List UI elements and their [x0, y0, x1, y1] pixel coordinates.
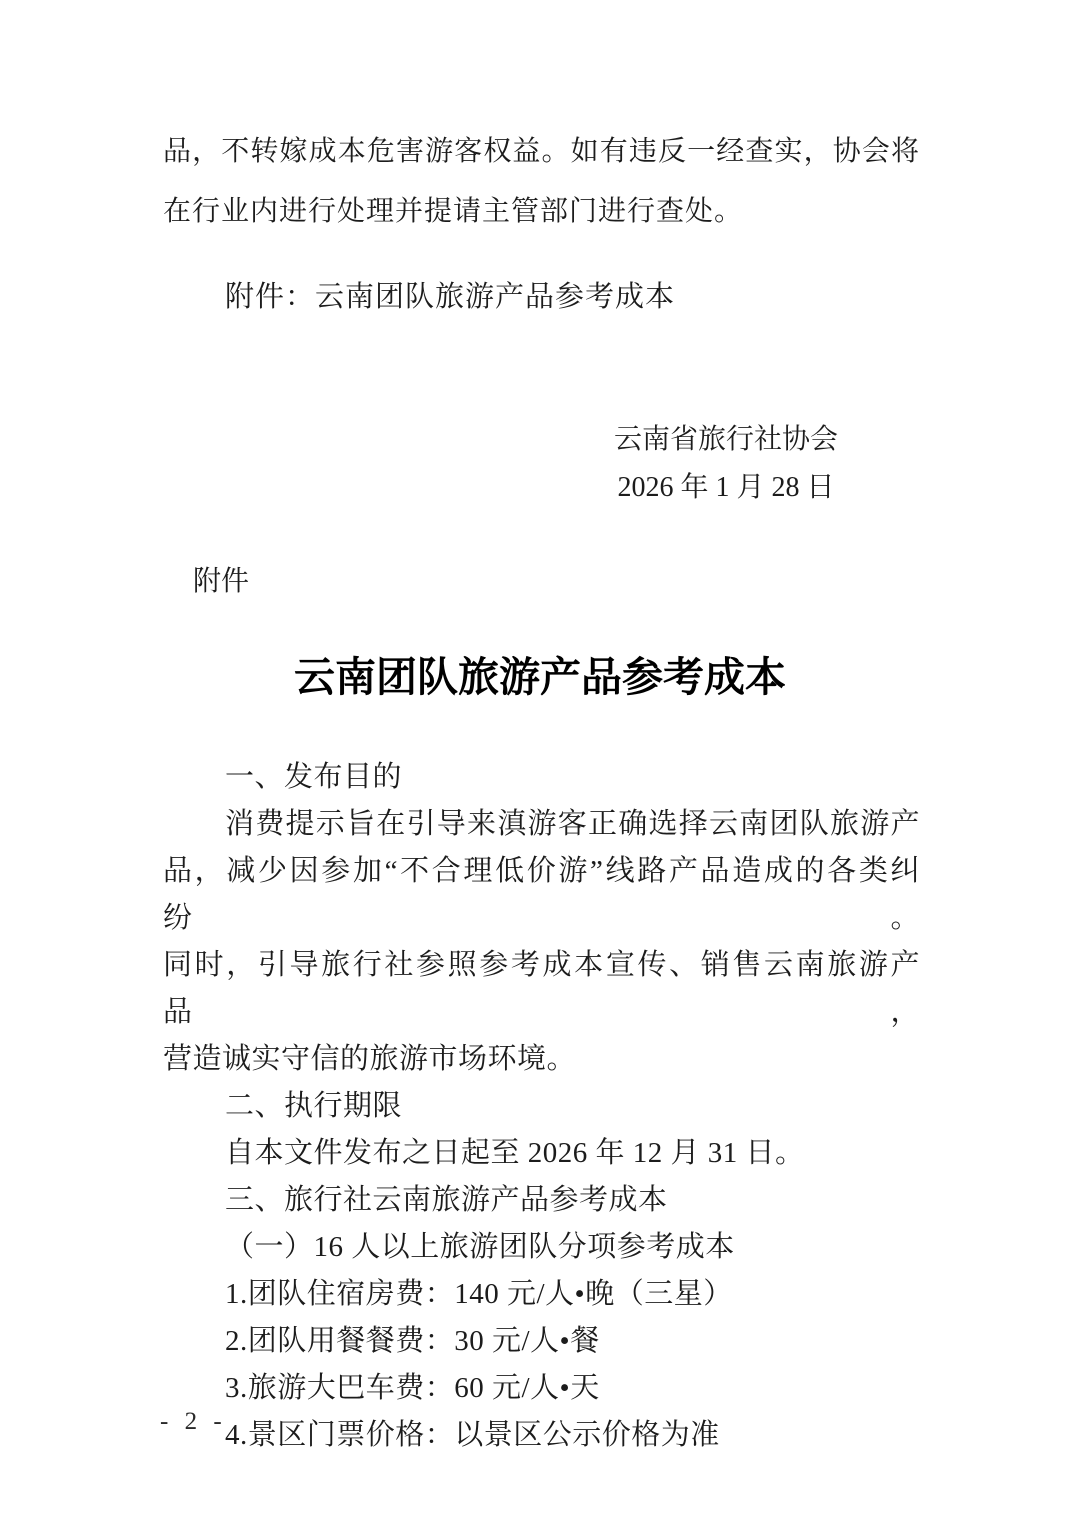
attachment-body: 一、发布目的 消费提示旨在引导来滇游客正确选择云南团队旅游产 品，减少因参加“不…	[163, 754, 920, 1459]
signature-block: 云南省旅行社协会 2026 年 1 月 28 日	[540, 416, 912, 512]
page-number: - 2 -	[160, 1402, 227, 1442]
body-paragraph-line: 自本文件发布之日起至 2026 年 12 月 31 日。	[163, 1130, 920, 1177]
signature-date: 2026 年 1 月 28 日	[540, 464, 912, 512]
body-subheading-1: （一）16 人以上旅游团队分项参考成本	[163, 1224, 920, 1271]
attachment-reference-block: 附件：云南团队旅游产品参考成本	[163, 274, 920, 320]
signature-organization: 云南省旅行社协会	[540, 416, 912, 464]
body-cost-item-3: 3.旅游大巴车费：60 元/人•天	[163, 1365, 920, 1412]
body-paragraph-line: 营造诚实守信的旅游市场环境。	[163, 1036, 920, 1083]
closing-paragraph: 品，不转嫁成本危害游客权益。如有违反一经查实，协会将 在行业内进行处理并提请主管…	[163, 122, 920, 242]
body-paragraph-line: 消费提示旨在引导来滇游客正确选择云南团队旅游产	[163, 801, 920, 848]
document-page: 品，不转嫁成本危害游客权益。如有违反一经查实，协会将 在行业内进行处理并提请主管…	[0, 0, 1080, 1527]
attachment-label: 附件	[163, 559, 563, 605]
body-paragraph-line: 同时，引导旅行社参照参考成本宣传、销售云南旅游产品，	[163, 942, 920, 1036]
closing-paragraph-line: 在行业内进行处理并提请主管部门进行查处。	[163, 182, 920, 242]
attachment-title: 云南团队旅游产品参考成本	[0, 650, 1080, 704]
attachment-reference: 附件：云南团队旅游产品参考成本	[163, 274, 920, 320]
body-heading-3: 三、旅行社云南旅游产品参考成本	[163, 1177, 920, 1224]
body-cost-item-1: 1.团队住宿房费：140 元/人•晚（三星）	[163, 1271, 920, 1318]
attachment-section: 附件	[163, 559, 563, 605]
body-cost-item-2: 2.团队用餐餐费：30 元/人•餐	[163, 1318, 920, 1365]
body-heading-2: 二、执行期限	[163, 1083, 920, 1130]
body-cost-item-4: 4.景区门票价格：以景区公示价格为准	[163, 1412, 920, 1459]
body-paragraph-line: 品，减少因参加“不合理低价游”线路产品造成的各类纠纷。	[163, 848, 920, 942]
closing-paragraph-line: 品，不转嫁成本危害游客权益。如有违反一经查实，协会将	[163, 122, 920, 182]
body-heading-1: 一、发布目的	[163, 754, 920, 801]
